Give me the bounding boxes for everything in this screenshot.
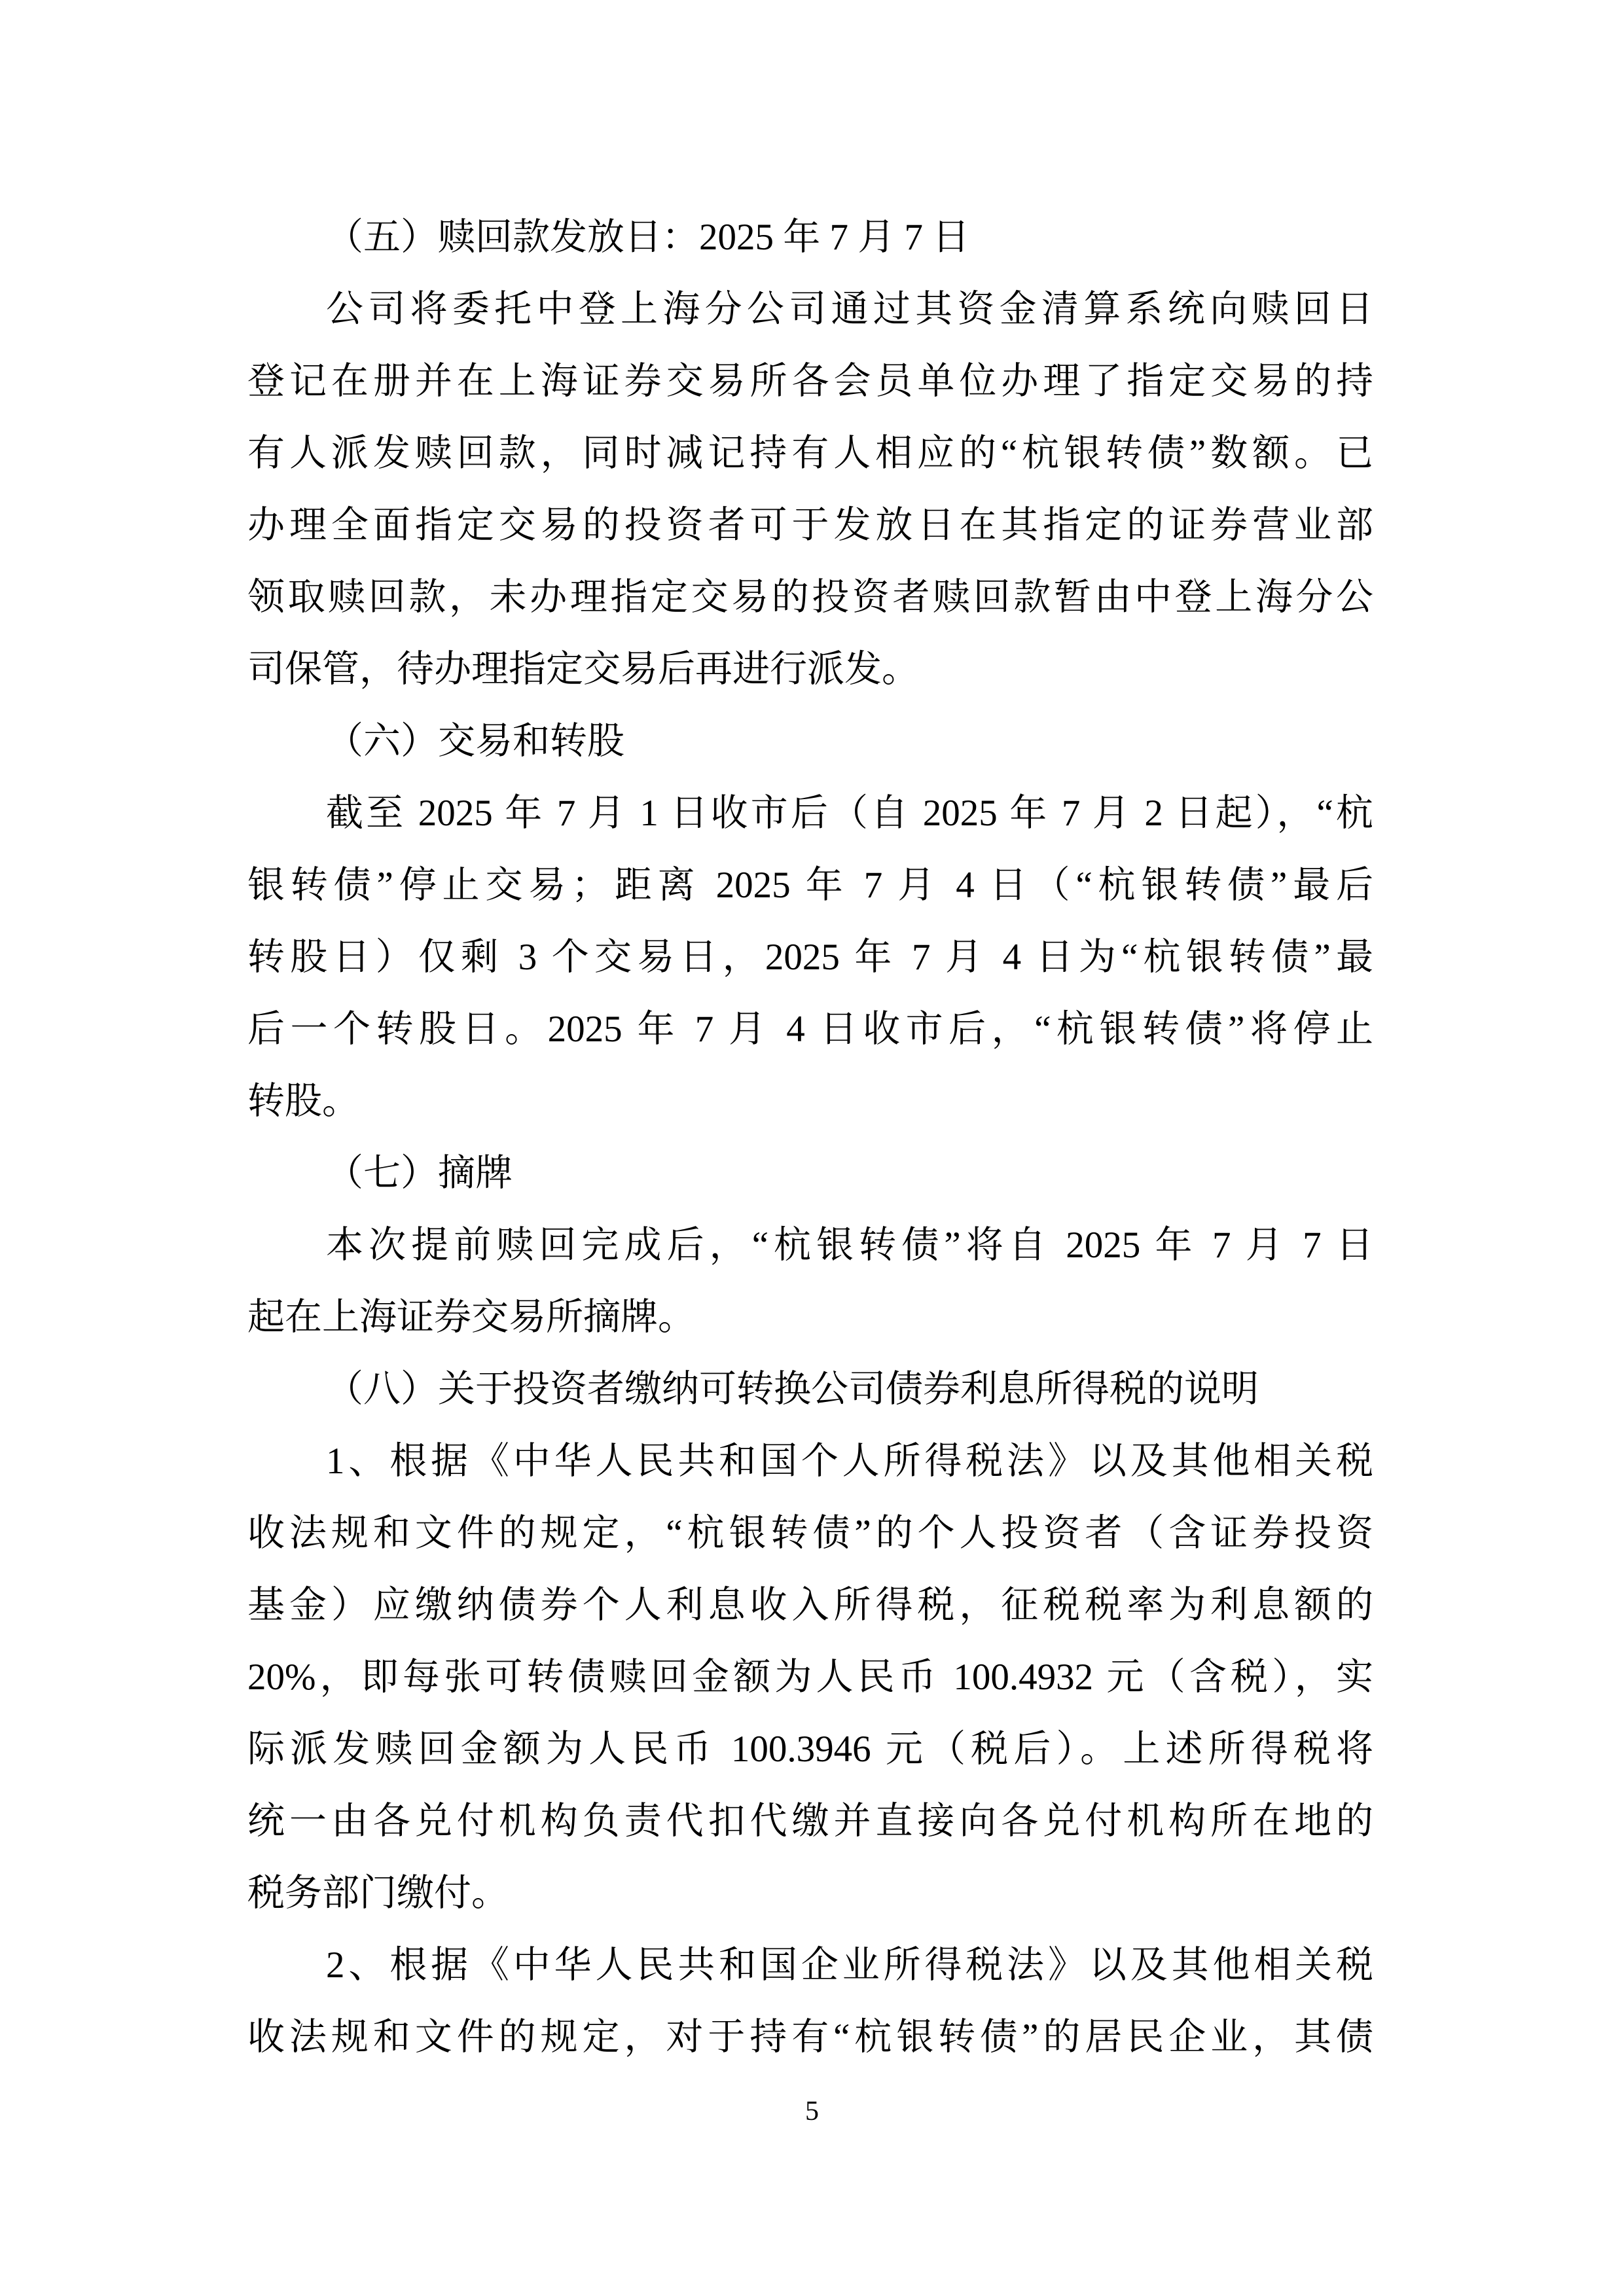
text-line: 1、根据《中华人民共和国个人所得税法》以及其他相关税	[247, 1426, 1373, 1498]
text-line: 司保管，待办理指定交易后再进行派发。	[247, 634, 1373, 706]
text-line: 转股日）仅剩 3 个交易日，2025 年 7 月 4 日为“杭银转债”最	[247, 922, 1373, 994]
text-line: 公司将委托中登上海分公司通过其资金清算系统向赎回日	[247, 274, 1373, 346]
text-line: 本次提前赎回完成后，“杭银转债”将自 2025 年 7 月 7 日	[247, 1210, 1373, 1282]
text-line: 收法规和文件的规定，对于持有“杭银转债”的居民企业，其债	[247, 2001, 1373, 2073]
text-line: 银转债”停止交易；距离 2025 年 7 月 4 日（“杭银转债”最后	[247, 850, 1373, 922]
text-line: 际派发赎回金额为人民币 100.3946 元（税后）。上述所得税将	[247, 1713, 1373, 1785]
document-body: （五）赎回款发放日：2025 年 7 月 7 日公司将委托中登上海分公司通过其资…	[247, 202, 1373, 2073]
text-line: 收法规和文件的规定，“杭银转债”的个人投资者（含证券投资	[247, 1498, 1373, 1570]
text-line: 2、根据《中华人民共和国企业所得税法》以及其他相关税	[247, 1929, 1373, 2001]
text-line: 后一个转股日。2025 年 7 月 4 日收市后，“杭银转债”将停止	[247, 994, 1373, 1066]
text-line: （五）赎回款发放日：2025 年 7 月 7 日	[247, 202, 1373, 274]
document-page: （五）赎回款发放日：2025 年 7 月 7 日公司将委托中登上海分公司通过其资…	[0, 0, 1624, 2296]
text-line: 20%，即每张可转债赎回金额为人民币 100.4932 元（含税），实	[247, 1641, 1373, 1713]
text-line: 有人派发赎回款，同时减记持有人相应的“杭银转债”数额。已	[247, 418, 1373, 490]
text-line: 办理全面指定交易的投资者可于发放日在其指定的证券营业部	[247, 490, 1373, 562]
text-line: 统一由各兑付机构负责代扣代缴并直接向各兑付机构所在地的	[247, 1785, 1373, 1857]
text-line: 基金）应缴纳债券个人利息收入所得税，征税税率为利息额的	[247, 1570, 1373, 1641]
text-line: 领取赎回款，未办理指定交易的投资者赎回款暂由中登上海分公	[247, 562, 1373, 634]
text-line: 起在上海证券交易所摘牌。	[247, 1282, 1373, 1354]
text-line: （八）关于投资者缴纳可转换公司债券利息所得税的说明	[247, 1354, 1373, 1426]
text-line: 登记在册并在上海证券交易所各会员单位办理了指定交易的持	[247, 346, 1373, 418]
page-footer: 5	[0, 2093, 1624, 2130]
text-line: 转股。	[247, 1066, 1373, 1138]
text-line: 税务部门缴付。	[247, 1857, 1373, 1929]
text-line: 截至 2025 年 7 月 1 日收市后（自 2025 年 7 月 2 日起），…	[247, 778, 1373, 850]
page-number: 5	[805, 2096, 819, 2126]
text-line: （六）交易和转股	[247, 706, 1373, 778]
text-line: （七）摘牌	[247, 1138, 1373, 1210]
